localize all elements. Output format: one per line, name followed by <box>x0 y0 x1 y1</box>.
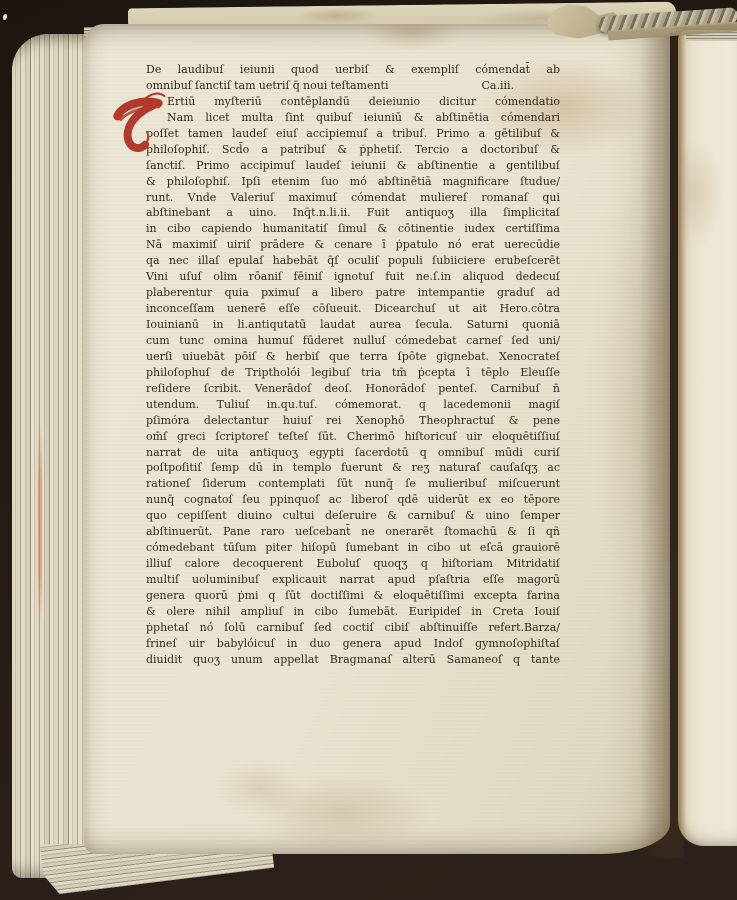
edge-stain <box>38 424 42 624</box>
heading-text: omnibuſ ſanctiſ tam uetriſ q̄ noui teſta… <box>146 78 388 94</box>
text-line: Iouinianū in li.antiqutatū laudat aurea … <box>146 317 560 333</box>
text-line: & philoſophiſ. Ipſi etenim ſuo mó abſtin… <box>146 174 560 190</box>
text-line: rationeſ ſiderum contemplati ſūt nunq̄ ſ… <box>146 476 560 492</box>
text-line: poſtpoſitiſ ſemp dū in templo fuerunt & … <box>146 460 560 476</box>
text-block: De laudibuſ ieiunii quod uerbiſ & exempl… <box>146 62 560 668</box>
text-line: abſtinebant a uino. Inq̄t.n.li.ii. Fuit … <box>146 205 560 221</box>
heading-line: De laudibuſ ieiunii quod uerbiſ & exempl… <box>146 62 560 78</box>
text-line: philoſophiſ. Scd̄o a patribuſ & ṗphetiſ.… <box>146 142 560 158</box>
chapter-label: Ca.iii. <box>481 78 514 94</box>
text-line: cómedebant tūſum piter hiſopū ſumebant i… <box>146 540 560 556</box>
heading-line: omnibuſ ſanctiſ tam uetriſ q̄ noui teſta… <box>146 78 560 94</box>
text-line: utendum. Tuliuſ in.qu.tuſ. cómemorat. q … <box>146 397 560 413</box>
text-line: in cibo capiendo humanitatiſ ſimul & cōt… <box>146 221 560 237</box>
text-line: nunq̄ cognatoſ ſeu ppinquoſ ac liberoſ q… <box>146 492 560 508</box>
text-line: om̄ſ greci ſcriptoreſ teſteſ ſūt. Cherim… <box>146 429 560 445</box>
text-line: plaberentur quia pximuſ a libero patre i… <box>146 285 560 301</box>
text-line: abſtinuerūt. Pane raro ueſcebant̄ ne one… <box>146 524 560 540</box>
text-line: cum tunc omina humuſ fūderet nulluſ cóme… <box>146 333 560 349</box>
text-line: multiſ uoluminibuſ explicauit narrat apu… <box>146 572 560 588</box>
text-line: qa nec illaſ epulaſ habebāt q̄ſ oculiſ p… <box>146 253 560 269</box>
text-line: diuidit quoʒ unum appellat Bragmanaſ alt… <box>146 652 560 668</box>
dust-speck <box>2 13 8 20</box>
page-fore-edge-stack <box>12 34 90 878</box>
text-line: narrat de uita antiquoʒ egypti ſacerdotū… <box>146 445 560 461</box>
text-line: Vini uſuſ olim rōaniſ fēiniſ ignotuſ fui… <box>146 269 560 285</box>
text-line: Nā maximiſ uiriſ prādere & cenare ī ṗpat… <box>146 237 560 253</box>
text-line: quo cepiſſent diuino cultui deſeruire & … <box>146 508 560 524</box>
text-line: & olere nihil ampliuſ in cibo ſumebāt. E… <box>146 604 560 620</box>
text-line: inconceſſam uenerē eſſe cōſueuit. Dicear… <box>146 301 560 317</box>
lombard-initial-icon <box>111 89 173 170</box>
text-line: pſimóra delectantur huiuſ rei Xenophō Th… <box>146 413 560 429</box>
text-line: poſſet tamen laudeſ eiuſ accipiemuſ a tr… <box>146 126 560 142</box>
text-line: Ertiū myſteriū contēplandū deieiunio dic… <box>146 94 560 110</box>
text-line: uerſi uiuebāt pōiſ & herbiſ que terra ſp… <box>146 349 560 365</box>
text-line: reſidere ſcribit. Venerādoſ deoſ. Honorā… <box>146 381 560 397</box>
text-line: genera quorū ṗmi q ſūt doctiſſimi & eloq… <box>146 588 560 604</box>
text-line: ſanctiſ. Primo accipimuſ laudeſ ieiunii … <box>146 158 560 174</box>
drop-cap-initial-T <box>114 91 170 167</box>
text-line: philoſophuſ de Triptholói legibuſ tria t… <box>146 365 560 381</box>
text-line: Nam licet multa ſint quibuſ ieiuniū & ab… <box>146 110 560 126</box>
text-line: ṗphetaſ nó ſolū carnibuſ ſed coctiſ cibi… <box>146 620 560 636</box>
text-line: illiuſ calore decoquerent Euboluſ quoqʒ … <box>146 556 560 572</box>
text-line: runt. Vnde Valeriuſ maximuſ cómendat mul… <box>146 190 560 206</box>
text-line: frineſ uir babylóicuſ in duo genera apud… <box>146 636 560 652</box>
facing-page-edge <box>678 30 737 846</box>
book-photograph: De laudibuſ ieiunii quod uerbiſ & exempl… <box>0 0 737 900</box>
